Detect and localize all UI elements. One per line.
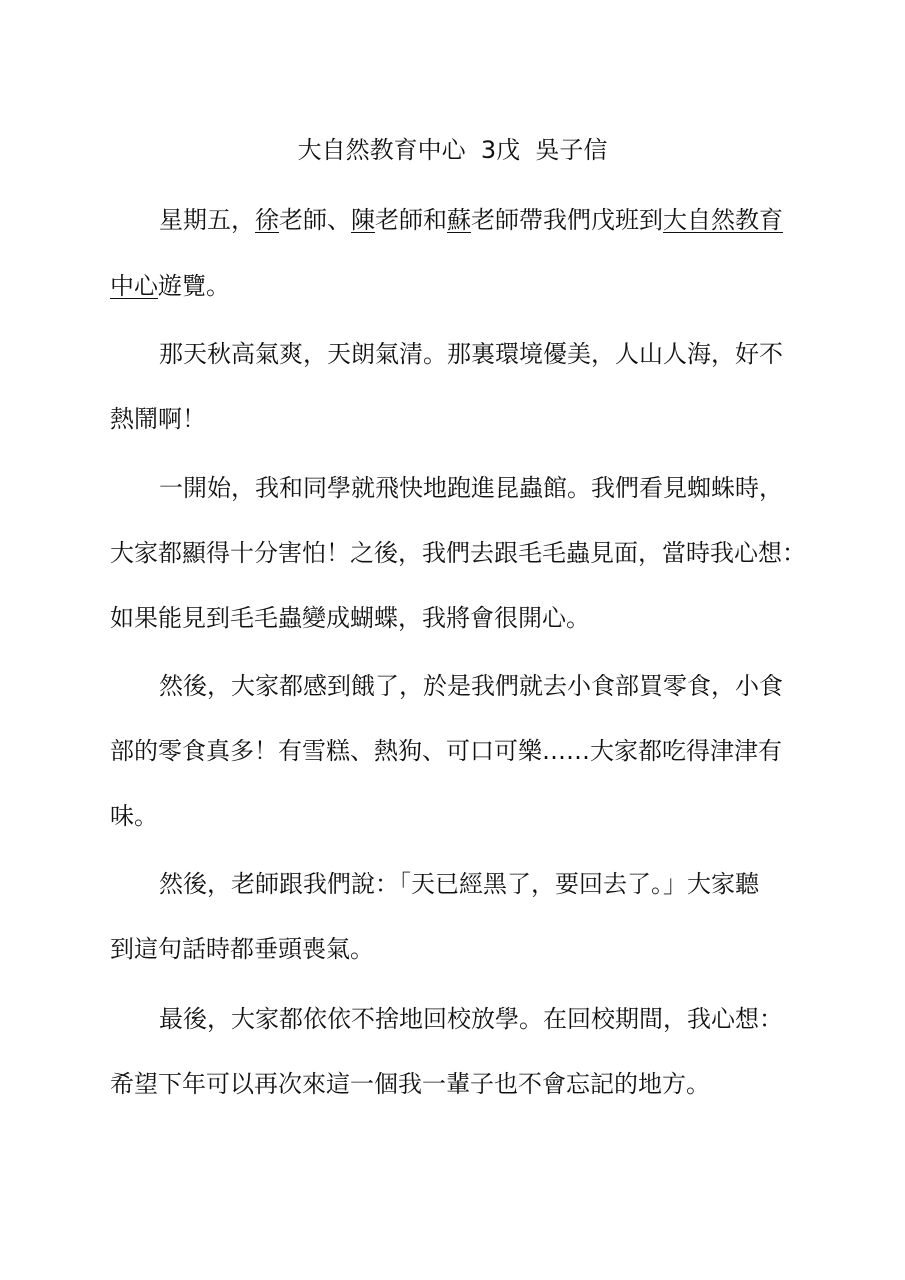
proper-name-xu: 徐	[255, 206, 279, 234]
paragraph-6-line-2: 希望下年可以再次來這一個我一輩子也不會忘記的地方。	[110, 1068, 710, 1100]
paragraph-2-line-2: 熱鬧啊！	[110, 403, 206, 435]
text-segment: 星期五，	[159, 206, 255, 234]
document-page: 大自然教育中心 3戊 吳子信 星期五，徐老師、陳老師和蘇老師帶我們戊班到大自然教…	[0, 0, 905, 1280]
proper-name-so: 蘇	[447, 206, 471, 234]
proper-name-place-cont: 中心	[110, 272, 158, 300]
document-title: 大自然教育中心 3戊 吳子信	[0, 134, 905, 166]
text-segment: 老師、	[279, 206, 351, 234]
proper-name-chan: 陳	[351, 206, 375, 234]
paragraph-4-line-3: 味。	[110, 800, 158, 832]
proper-name-place: 大自然教育	[663, 206, 783, 234]
paragraph-5-line-2: 到這句話時都垂頭喪氣。	[110, 933, 374, 965]
paragraph-1-line-2: 中心遊覽。	[110, 270, 230, 302]
paragraph-6-line-1: 最後，大家都依依不捨地回校放學。在回校期間，我心想：	[159, 1003, 783, 1035]
text-segment: 老師帶我們戊班到	[471, 206, 663, 234]
paragraph-1-line-1: 星期五，徐老師、陳老師和蘇老師帶我們戊班到大自然教育	[159, 204, 783, 236]
paragraph-3-line-1: 一開始，我和同學就飛快地跑進昆蟲館。我們看見蜘蛛時，	[159, 472, 783, 504]
paragraph-4-line-1: 然後，大家都感到餓了，於是我們就去小食部買零食，小食	[159, 670, 783, 702]
paragraph-4-line-2: 部的零食真多！有雪糕、熱狗、可口可樂……大家都吃得津津有	[110, 735, 782, 767]
text-segment: 遊覽。	[158, 272, 230, 300]
text-segment: 老師和	[375, 206, 447, 234]
paragraph-2-line-1: 那天秋高氣爽，天朗氣清。那裏環境優美，人山人海，好不	[159, 338, 783, 370]
paragraph-3-line-3: 如果能見到毛毛蟲變成蝴蝶，我將會很開心。	[110, 602, 590, 634]
paragraph-3-line-2: 大家都顯得十分害怕！之後，我們去跟毛毛蟲見面，當時我心想：	[110, 537, 806, 569]
paragraph-5-line-1: 然後，老師跟我們說：「天已經黑了，要回去了。」大家聽	[159, 868, 759, 900]
